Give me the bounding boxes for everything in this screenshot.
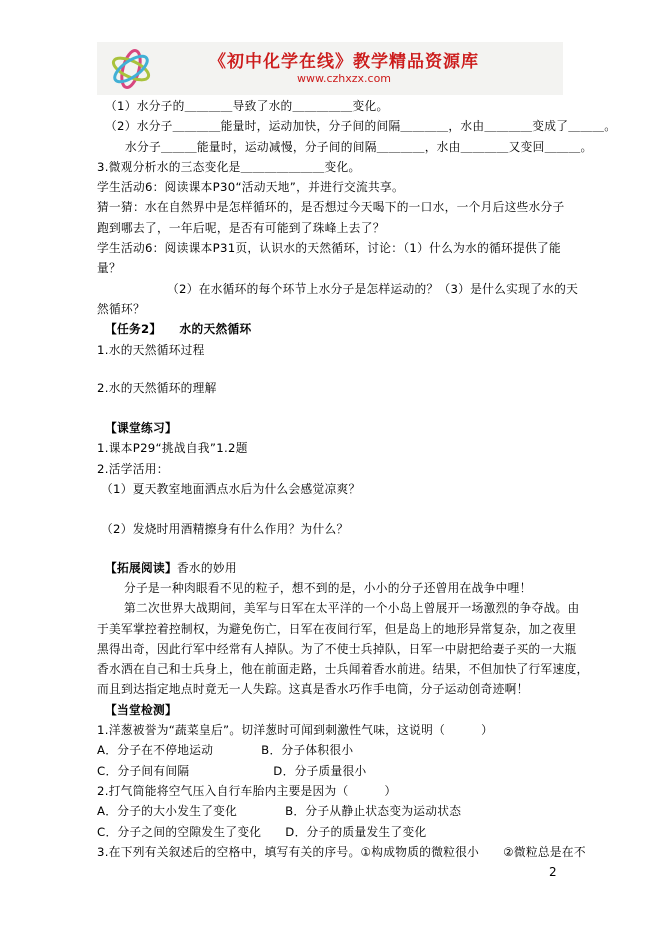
text-line: 2.活学活用： — [97, 459, 657, 479]
text-line: （2）水分子＿＿＿＿能量时，运动加快，分子间的间隔＿＿＿＿，水由＿＿＿＿变成了＿… — [97, 116, 657, 136]
text-line: 3.微观分析水的三态变化是＿＿＿＿＿＿＿变化。 — [97, 157, 657, 177]
text-line: 黑得出奇，因此行军中经常有人掉队。为了不使士兵掉队，日军一中尉把给妻子买的一大瓶 — [97, 639, 657, 659]
text-line: A．分子的大小发生了变化 B．分子从静止状态变为运动状态 — [97, 801, 657, 821]
document-page: 《初中化学在线》教学精品资源库 www.czhxzx.com （1）水分子的＿＿… — [0, 0, 661, 935]
text-line: 【课堂练习】 — [97, 418, 657, 438]
site-title: 《初中化学在线》教学精品资源库 — [165, 52, 523, 72]
text-line: 于美军掌控着控制权，为避免伤亡，日军在夜间行军，但是岛上的地形异常复杂，加之夜里 — [97, 619, 657, 639]
site-url: www.czhxzx.com — [165, 72, 523, 85]
text-line: 【当堂检测】 — [97, 700, 657, 720]
text-line: 第二次世界大战期间，美军与日军在太平洋的一个小岛上曾展开一场激烈的争夺战。由 — [97, 598, 657, 618]
text-line: （1）夏天教室地面洒点水后为什么会感觉凉爽？ — [97, 479, 657, 499]
text-line: 3.在下列有关叙述后的空格中，填写有关的序号。①构成物质的微粒很小 ②微粒总是在… — [97, 842, 657, 862]
text-line: A．分子在不停地运动 B．分子体积很小 — [97, 740, 657, 760]
text-line: 香水洒在自己和士兵身上，他在前面走路，士兵闻着香水前进。结果，不但加快了行军速度… — [97, 659, 657, 679]
text-line: 1.水的天然循环过程 — [97, 340, 657, 360]
text-line: （2）发烧时用酒精擦身有什么作用？为什么？ — [97, 519, 657, 539]
text-line: 然循环？ — [97, 299, 657, 319]
text-line: 分子是一种肉眼看不见的粒子，想不到的是，小小的分子还曾用在战争中哩！ — [97, 578, 657, 598]
text-line: 【拓展阅读】香水的妙用 — [97, 558, 657, 578]
text-line: 1.课本P29“挑战自我”1.2题 — [97, 438, 657, 458]
text-line: 【任务2】 水的天然循环 — [97, 319, 657, 339]
text-line: C．分子间有间隔 D．分子质量很小 — [97, 761, 657, 781]
text-line: 1.洋葱被誉为“蔬菜皇后”。切洋葱时可闻到刺激性气味，这说明（ ） — [97, 720, 657, 740]
text-line: 学生活动6：阅读课本P31页，认识水的天然循环，讨论：（1）什么为水的循环提供了… — [97, 238, 657, 258]
atom-logo-svg — [105, 45, 157, 93]
text-line: 猜一猜：水在自然界中是怎样循环的，是否想过今天喝下的一口水，一个月后这些水分子 — [97, 197, 657, 217]
text-line: 2.水的天然循环的理解 — [97, 378, 657, 398]
header-text-block: 《初中化学在线》教学精品资源库 www.czhxzx.com — [165, 52, 563, 85]
page-number: 2 — [549, 864, 557, 880]
text-line: 2.打气筒能将空气压入自行车胎内主要是因为（ ） — [97, 781, 657, 801]
text-line: 水分子＿＿＿能量时，运动减慢，分子间的间隔＿＿＿＿，水由＿＿＿＿又变回＿＿＿。 — [97, 137, 657, 157]
document-body: （1）水分子的＿＿＿＿导致了水的＿＿＿＿＿变化。（2）水分子＿＿＿＿能量时，运动… — [97, 96, 657, 862]
text-line: 学生活动6：阅读课本P30“活动天地”，并进行交流共享。 — [97, 177, 657, 197]
text-line: 跑到哪去了，一年后呢，是否有可能到了珠峰上去了？ — [97, 218, 657, 238]
text-line: C．分子之间的空隙发生了变化 D．分子的质量发生了变化 — [97, 822, 657, 842]
text-line: （2）在水循环的每个环节上水分子是怎样运动的？（3）是什么实现了水的天 — [97, 279, 657, 299]
header-banner: 《初中化学在线》教学精品资源库 www.czhxzx.com — [97, 42, 563, 95]
text-line: 量？ — [97, 258, 657, 278]
atom-logo-icon — [97, 42, 165, 95]
text-line: （1）水分子的＿＿＿＿导致了水的＿＿＿＿＿变化。 — [97, 96, 657, 116]
text-line: 而且到达指定地点时竟无一人失踪。这真是香水巧作手电筒，分子运动创奇迹啊！ — [97, 679, 657, 699]
